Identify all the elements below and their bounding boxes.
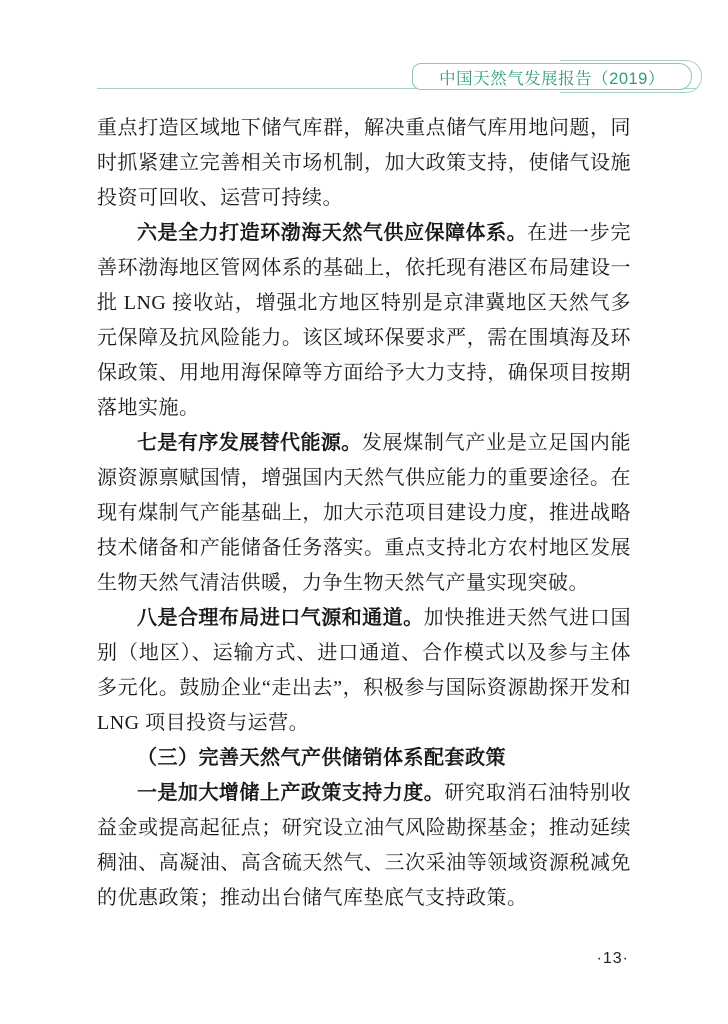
page-body: 重点打造区域地下储气库群，解决重点储气库用地问题，同时抓紧建立完善相关市场机制，… bbox=[97, 111, 631, 916]
paragraph-lead: 一是加大增储上产政策支持力度。 bbox=[137, 782, 444, 804]
page-number: ·13· bbox=[597, 950, 629, 968]
report-title: 中国天然气发展报告（2019） bbox=[439, 65, 665, 89]
paragraph: 八是合理布局进口气源和通道。加快推进天然气进口国别（地区）、运输方式、进口通道、… bbox=[97, 601, 631, 741]
paragraph-lead: 六是全力打造环渤海天然气供应保障体系。 bbox=[137, 222, 527, 244]
title-capsule: 中国天然气发展报告（2019） bbox=[412, 63, 692, 90]
paragraph: 七是有序发展替代能源。发展煤制气产业是立足国内能源资源禀赋国情，增强国内天然气供… bbox=[97, 426, 631, 601]
page-header: 中国天然气发展报告（2019） bbox=[0, 0, 728, 106]
paragraph-lead: 七是有序发展替代能源。 bbox=[137, 432, 362, 454]
paragraph: 六是全力打造环渤海天然气供应保障体系。在进一步完善环渤海地区管网体系的基础上，依… bbox=[97, 216, 631, 426]
paragraph-lead: 八是合理布局进口气源和通道。 bbox=[137, 607, 424, 629]
paragraph: 一是加大增储上产政策支持力度。研究取消石油特别收益金或提高起征点；研究设立油气风… bbox=[97, 776, 631, 916]
section-heading: （三）完善天然气产供储销体系配套政策 bbox=[97, 741, 631, 776]
document-page: { "header": { "title": "中国天然气发展报告（2019）"… bbox=[0, 0, 728, 1024]
paragraph: 重点打造区域地下储气库群，解决重点储气库用地问题，同时抓紧建立完善相关市场机制，… bbox=[97, 111, 631, 216]
